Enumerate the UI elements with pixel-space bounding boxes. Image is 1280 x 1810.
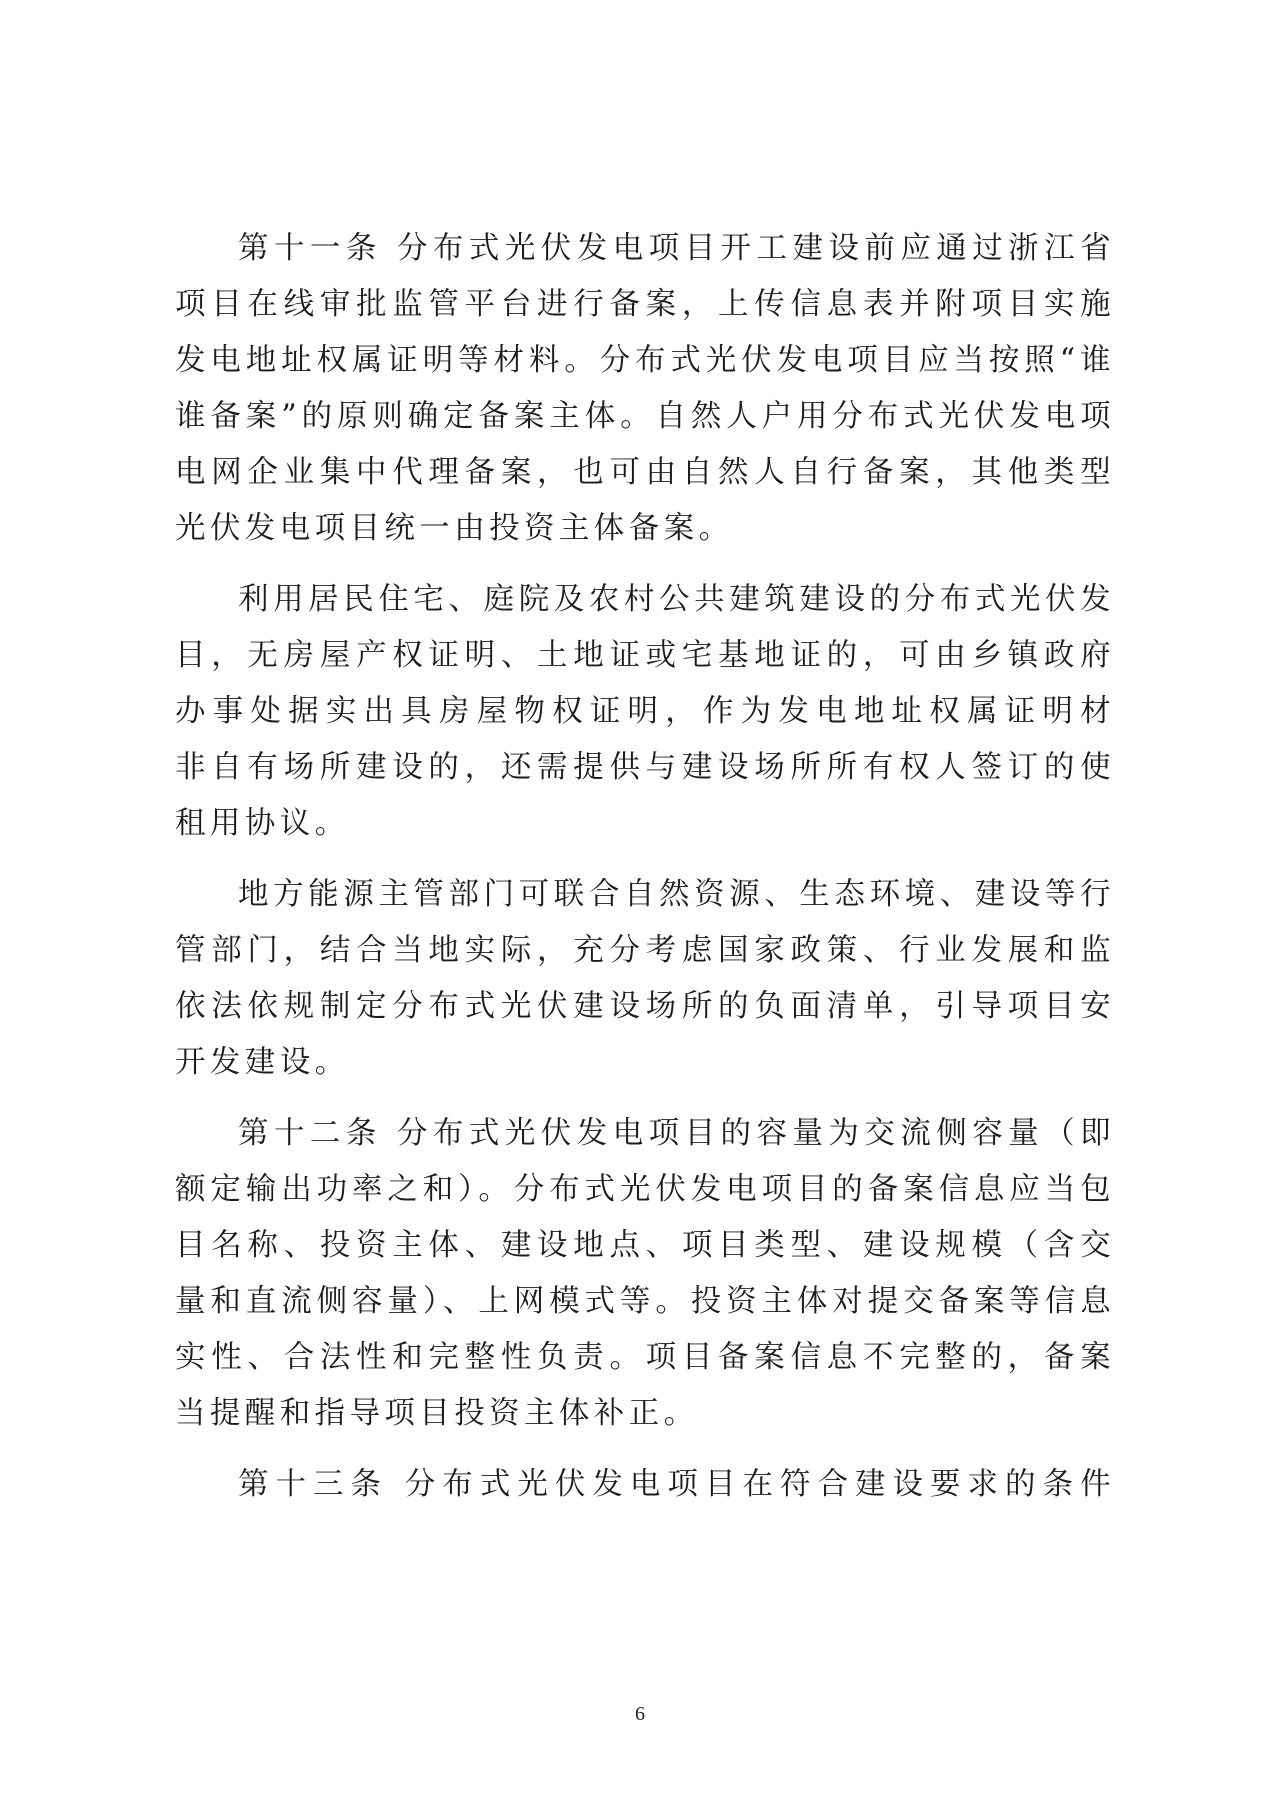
paragraph-residential-line-1: 利用居民住宅、庭院及农村公共建筑建设的分布式光伏发电项 bbox=[238, 580, 1115, 620]
page-number: 6 bbox=[0, 1703, 1280, 1726]
document-page: 第十一条 分布式光伏发电项目开工建设前应通过浙江省投资 项目在线审批监管平台进行… bbox=[0, 0, 1280, 1810]
article-12-line-5: 实性、合法性和完整性负责。项目备案信息不完整的，备案机关应 bbox=[175, 1338, 1115, 1378]
paragraph-residential-line-3: 办事处据实出具房屋物权证明，作为发电地址权属证明材料；利用 bbox=[175, 692, 1115, 732]
article-11-line-4: 谁备案”的原则确定备案主体。自然人户用分布式光伏发电项目可由 bbox=[175, 397, 1115, 437]
paragraph-negative-list-line-1: 地方能源主管部门可联合自然资源、生态环境、建设等行政主 bbox=[238, 875, 1115, 915]
article-12-line-6: 当提醒和指导项目投资主体补正。 bbox=[175, 1394, 1115, 1434]
article-11-line-5: 电网企业集中代理备案，也可由自然人自行备案，其他类型分布式 bbox=[175, 453, 1115, 493]
paragraph-negative-list-line-2: 管部门，结合当地实际，充分考虑国家政策、行业发展和监管需求， bbox=[175, 931, 1115, 971]
article-12-line-2: 额定输出功率之和）。分布式光伏发电项目的备案信息应当包括项 bbox=[175, 1170, 1115, 1210]
article-12-line-3: 目名称、投资主体、建设地点、项目类型、建设规模（含交流侧容 bbox=[175, 1226, 1115, 1266]
article-12-line-1: 第十二条 分布式光伏发电项目的容量为交流侧容量（即逆变器 bbox=[238, 1114, 1115, 1154]
article-11-line-3: 发电地址权属证明等材料。分布式光伏发电项目应当按照“谁投资、 bbox=[175, 341, 1115, 381]
article-13-line-1: 第十三条 分布式光伏发电项目在符合建设要求的条件下，免除 bbox=[238, 1465, 1115, 1505]
article-11-line-6: 光伏发电项目统一由投资主体备案。 bbox=[175, 509, 1115, 549]
article-11-line-2: 项目在线审批监管平台进行备案，上传信息表并附项目实施方案、 bbox=[175, 285, 1115, 325]
paragraph-residential-line-2: 目，无房屋产权证明、土地证或宅基地证的，可由乡镇政府或街道 bbox=[175, 636, 1115, 676]
paragraph-negative-list-line-4: 开发建设。 bbox=[175, 1043, 1115, 1083]
paragraph-residential-line-4: 非自有场所建设的，还需提供与建设场所所有权人签订的使用或者 bbox=[175, 748, 1115, 788]
paragraph-negative-list-line-3: 依法依规制定分布式光伏建设场所的负面清单，引导项目安全规范 bbox=[175, 987, 1115, 1027]
article-11-line-1: 第十一条 分布式光伏发电项目开工建设前应通过浙江省投资 bbox=[238, 229, 1115, 269]
paragraph-residential-line-5: 租用协议。 bbox=[175, 804, 1115, 844]
article-12-line-4: 量和直流侧容量）、上网模式等。投资主体对提交备案等信息的真 bbox=[175, 1282, 1115, 1322]
